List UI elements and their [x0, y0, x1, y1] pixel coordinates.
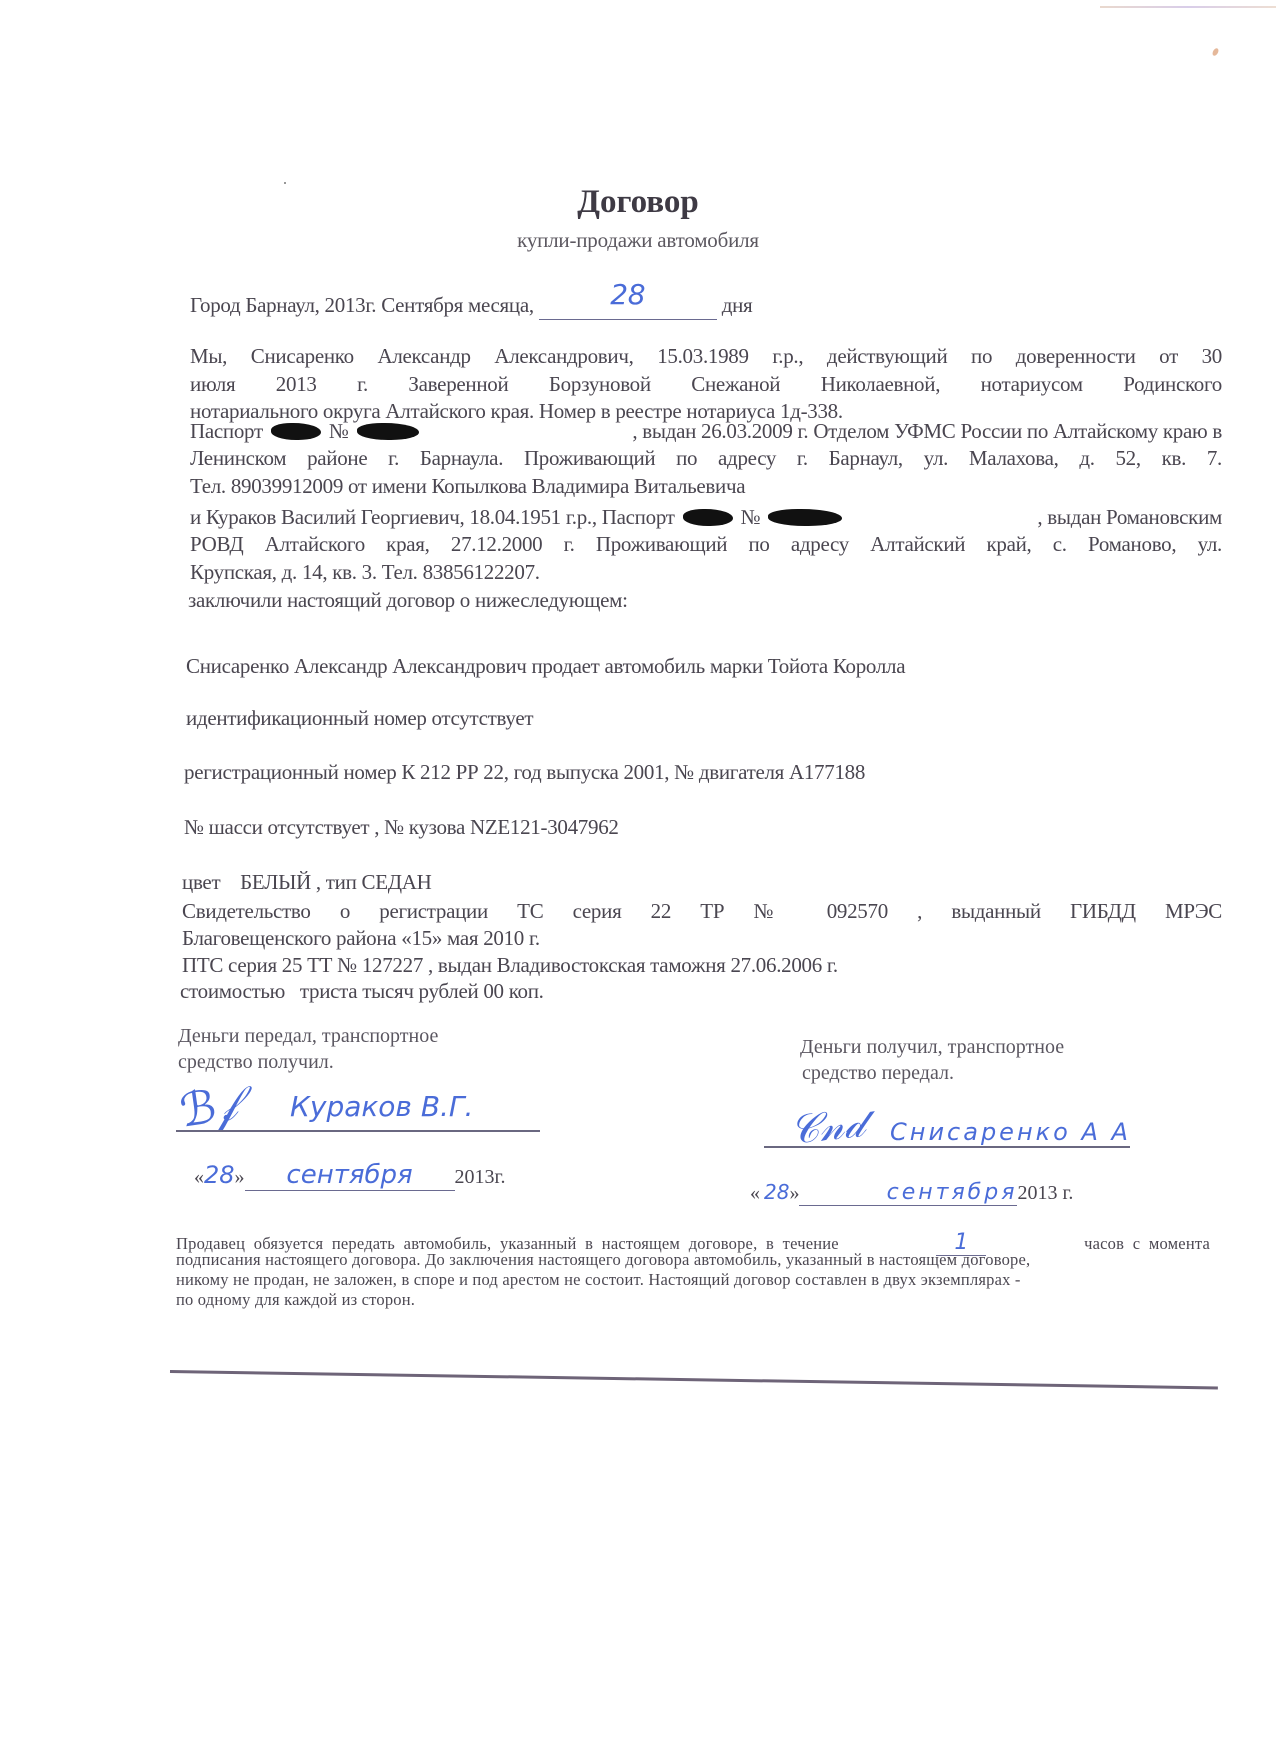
parties-line-7: и Кураков Василий Георгиевич, 18.04.1951…: [190, 505, 1222, 530]
place-date-suffix: дня: [722, 293, 753, 317]
redacted-passport-series-2: [683, 509, 733, 526]
buyer-date-day: 28: [204, 1161, 235, 1189]
parties-line-10: заключили настоящий договор о нижеследую…: [188, 588, 628, 613]
vehicle-color-type: цвет БЕЛЫЙ , тип СЕДАН: [182, 870, 432, 895]
redacted-passport-series: [271, 423, 321, 440]
quote-open: «: [750, 1182, 760, 1205]
seller-date-day: 28: [764, 1180, 789, 1204]
bottom-rule: [170, 1370, 1218, 1389]
document-title: Договор: [0, 184, 1276, 221]
parties-line-9: Крупская, д. 14, кв. 3. Тел. 83856122207…: [190, 560, 540, 585]
redacted-passport-number-2: [768, 509, 842, 526]
parties-line-8: РОВД Алтайского края, 27.12.2000 г. Прож…: [190, 532, 1222, 557]
parties-line-6: Тел. 89039912009 от имени Копылкова Влад…: [190, 474, 745, 499]
buyer-date-year: 2013г.: [455, 1166, 506, 1189]
parties-line-4: Паспорт № , выдан 26.03.2009 г. Отделом …: [190, 419, 1222, 444]
number-sign-2: №: [741, 505, 761, 530]
number-sign: №: [329, 419, 349, 444]
day-field: 28: [539, 286, 717, 320]
vehicle-sale: Снисаренко Александр Александрович прода…: [186, 654, 905, 679]
terms-line-3: никому не продан, не заложен, в споре и …: [176, 1270, 1021, 1290]
buyer-passport-issued: , выдан Романовским: [1037, 505, 1222, 530]
vehicle-registration: регистрационный номер К 212 РР 22, год в…: [184, 760, 865, 785]
buyer-intro: и Кураков Василий Георгиевич, 18.04.1951…: [190, 505, 675, 530]
place-date-prefix: Город Барнаул, 2013г. Сентября месяца,: [190, 293, 534, 317]
document-subtitle: купли-продажи автомобиля: [0, 228, 1276, 253]
buyer-signature-line: [176, 1130, 540, 1132]
vehicle-vin: идентификационный номер отсутствует: [186, 706, 533, 731]
seller-date: « 28 » сентября 2013 г.: [750, 1180, 1073, 1206]
vehicle-certificate-line-1: Свидетельство о регистрации ТС серия 22 …: [182, 899, 1222, 924]
parties-line-1: Мы, Снисаренко Александр Александрович, …: [190, 344, 1222, 369]
vehicle-certificate-line-2: Благовещенского района «15» мая 2010 г.: [182, 926, 540, 951]
terms-line-1-end: часов с момента: [1084, 1234, 1210, 1254]
day-handwritten: 28: [610, 278, 645, 311]
buyer-signature-name: Кураков В.Г.: [290, 1090, 473, 1123]
parties-line-2: июля 2013 г. Заверенной Борзуновой Снежа…: [190, 372, 1222, 397]
scan-edge-line: [1100, 6, 1276, 8]
vehicle-price: стоимостью триста тысяч рублей 00 коп.: [180, 979, 544, 1004]
seller-date-year: 2013 г.: [1017, 1182, 1073, 1205]
quote-open: «: [194, 1166, 204, 1189]
seller-statement-line-1: Деньги получил, транспортное: [800, 1036, 1064, 1059]
terms-line-2: подписания настоящего договора. До заклю…: [176, 1250, 1030, 1270]
seller-statement-line-2: средство передал.: [802, 1062, 954, 1085]
quote-close: »: [235, 1166, 245, 1189]
passport-label: Паспорт: [190, 419, 263, 444]
terms-line-4: по одному для каждой из сторон.: [176, 1290, 415, 1310]
seller-signature-name: Снисаренко А А: [890, 1118, 1131, 1146]
passport-issued-text: , выдан 26.03.2009 г. Отделом УФМС Росси…: [632, 419, 1222, 444]
vehicle-chassis-body: № шасси отсутствует , № кузова NZE121-30…: [184, 815, 619, 840]
buyer-statement-line-2: средство получил.: [178, 1051, 334, 1074]
scan-speck: [1211, 47, 1219, 56]
seller-signature-line: [764, 1146, 1130, 1148]
redacted-passport-number: [357, 423, 419, 440]
vehicle-pts: ПТС серия 25 ТТ № 127227 , выдан Владиво…: [182, 953, 838, 978]
buyer-date-month: сентября: [245, 1160, 455, 1191]
seller-date-month: сентября: [799, 1180, 1017, 1206]
place-date-line: Город Барнаул, 2013г. Сентября месяца, 2…: [190, 286, 752, 320]
parties-line-5: Ленинском районе г. Барнаула. Проживающи…: [190, 446, 1222, 471]
quote-close: »: [789, 1182, 799, 1205]
buyer-statement-line-1: Деньги передал, транспортное: [178, 1025, 438, 1048]
buyer-date: « 28 » сентября 2013г.: [194, 1160, 506, 1191]
